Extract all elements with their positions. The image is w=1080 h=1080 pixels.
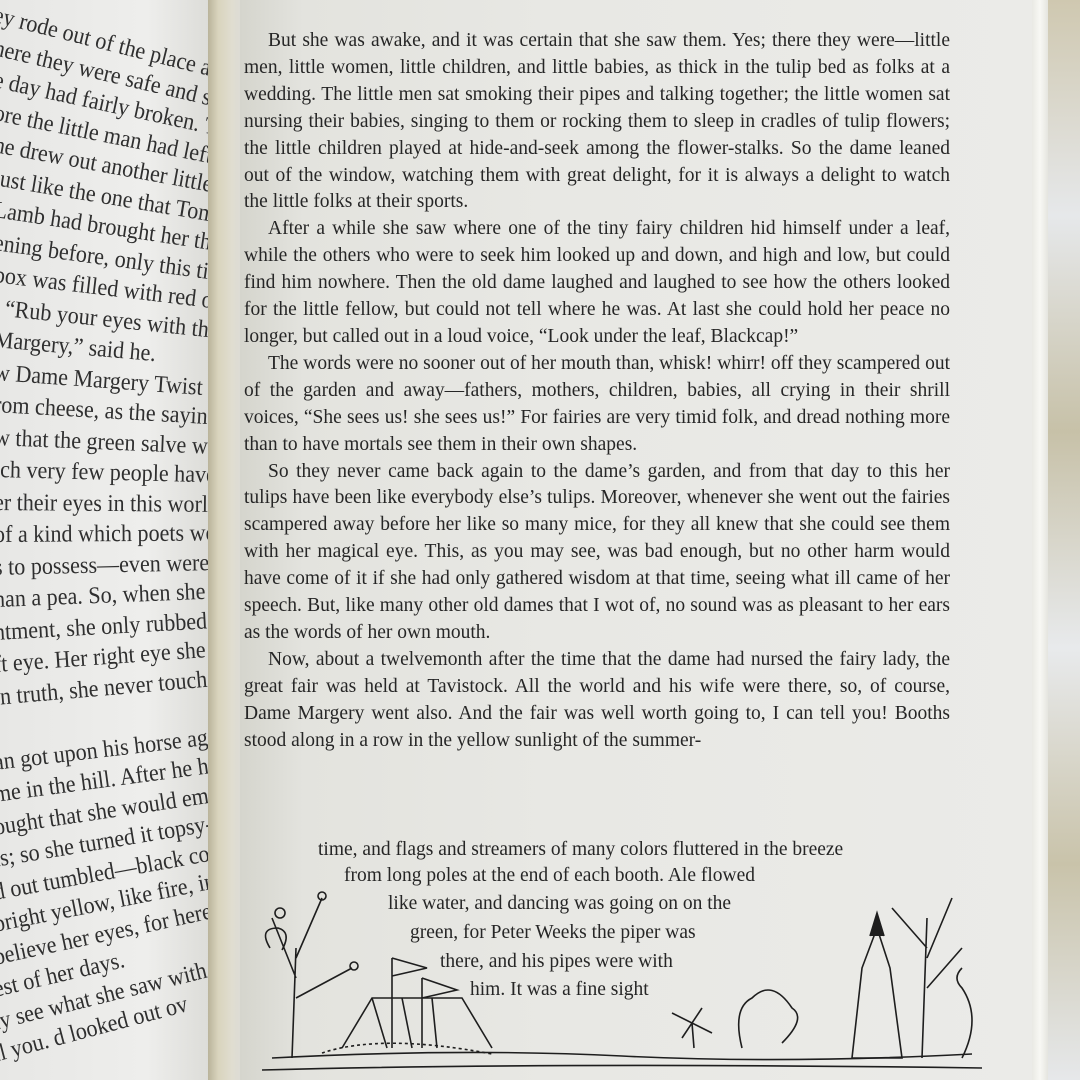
left-page-line: er their eyes in this worl (0, 490, 208, 519)
paragraph: The words were no sooner out of her mout… (244, 351, 950, 459)
paragraph: But she was awake, and it was certain th… (244, 28, 950, 216)
left-page-line: s to possess—even were it (0, 549, 210, 581)
paragraph: Now, about a twelvemonth after the time … (244, 647, 950, 755)
left-page-line: ich very few people have ha (0, 457, 210, 490)
paragraph: After a while she saw where one of the t… (244, 216, 950, 351)
left-page-line: han a pea. So, when she too (0, 578, 210, 614)
page-edge (1032, 0, 1048, 1080)
book-gutter (208, 0, 242, 1080)
paragraph: So they never came back again to the dam… (244, 459, 950, 647)
left-page-line: of a kind which poets woul (0, 520, 210, 549)
fair-illustration (262, 858, 982, 1080)
left-page: ey rode out of the place andhere they we… (0, 0, 210, 1080)
right-page-text: But she was awake, and it was certain th… (244, 28, 950, 754)
left-page-line: w that the green salve was o (0, 425, 210, 462)
right-page: But she was awake, and it was certain th… (240, 0, 1032, 1080)
